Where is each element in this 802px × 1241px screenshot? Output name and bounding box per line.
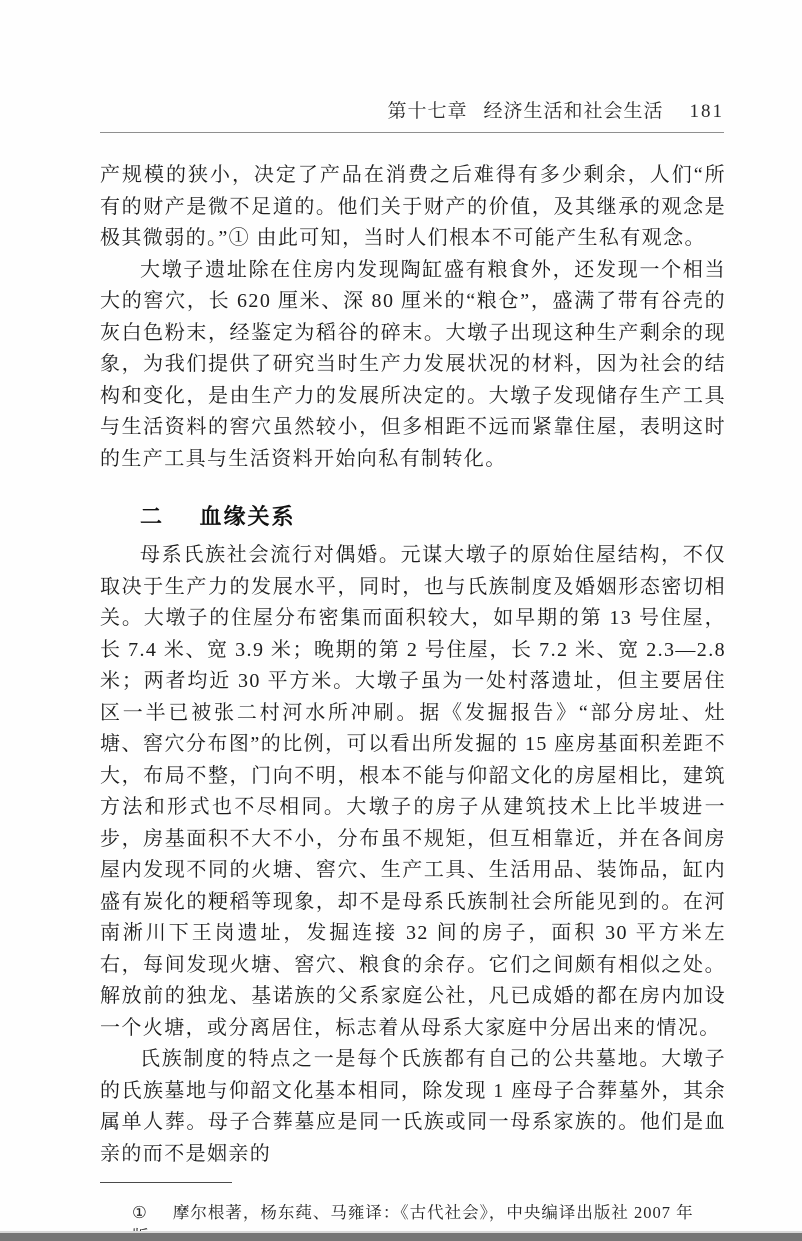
page-number: 181 [690,101,725,123]
paragraph: 大墩子遗址除在住房内发现陶缸盛有粮食外，还发现一个相当大的窖穴，长 620 厘米… [100,255,726,476]
chapter-label: 第十七章 [387,96,467,123]
section-number: 二 [140,504,164,529]
section-heading: 二 血缘关系 [100,500,726,531]
paragraph-continuation: 产规模的狭小，决定了产品在消费之后难得有多少剩余，人们“所有的财产是微不足道的。… [100,160,726,255]
footnote-marker: ① [132,1203,148,1222]
header-rule [100,132,724,133]
page-body: 产规模的狭小，决定了产品在消费之后难得有多少剩余，人们“所有的财产是微不足道的。… [100,160,726,1170]
book-page-scan: 第十七章 经济生活和社会生活 181 产规模的狭小，决定了产品在消费之后难得有多… [0,0,802,1241]
paragraph: 氏族制度的特点之一是每个氏族都有自己的公共墓地。大墩子的氏族墓地与仰韶文化基本相… [100,1044,726,1170]
section-title: 血缘关系 [200,504,296,529]
footnote-rule [100,1182,232,1183]
paragraph: 母系氏族社会流行对偶婚。元谋大墩子的原始住屋结构，不仅取决于生产力的发展水平，同… [100,540,726,1044]
running-head: 第十七章 经济生活和社会生活 181 [100,0,724,123]
running-head-title: 经济生活和社会生活 [483,96,663,123]
scan-edge-bottom [0,1231,802,1241]
